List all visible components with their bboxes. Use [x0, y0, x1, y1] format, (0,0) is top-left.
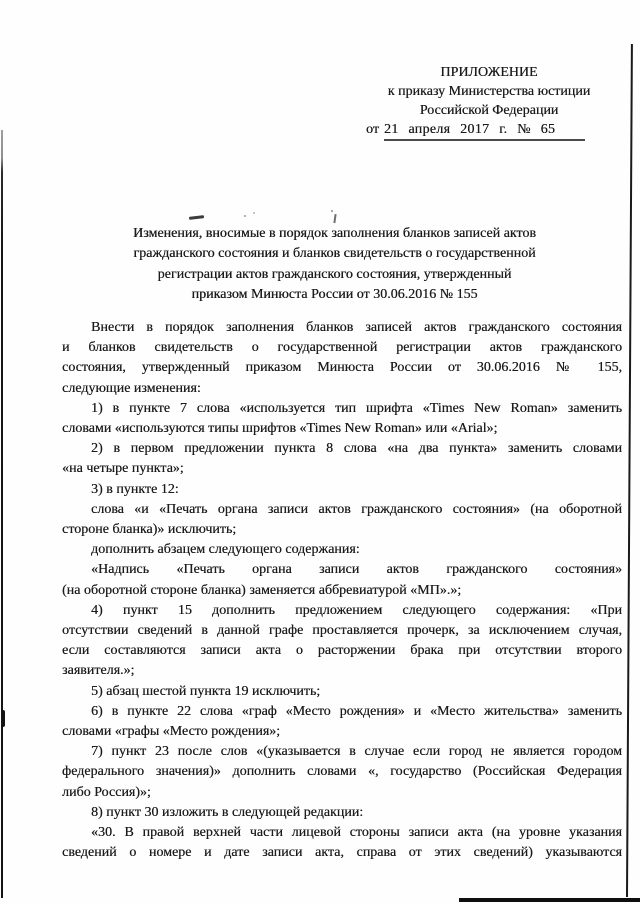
- body-line: состояния, утвержденный приказом Минюста…: [62, 358, 622, 378]
- body-line: 8) пункт 30 изложить в следующей редакци…: [62, 803, 622, 823]
- appendix-header-line3: Российской Федерации: [366, 101, 612, 120]
- body-line: либо Россия)»;: [62, 783, 622, 803]
- body-line: словами «используются типы шрифтов «Time…: [62, 419, 622, 439]
- document-title: Изменения, вносимые в порядок заполнения…: [62, 224, 607, 306]
- body-line: «Надпись «Печать органа записи актов гра…: [62, 560, 622, 580]
- body-line: 3) в пункте 12:: [62, 480, 622, 500]
- body-line: 5) абзац шестой пункта 19 исключить;: [62, 682, 622, 702]
- ink-mark-tick-dot: [331, 210, 333, 212]
- scan-edge-right: [626, 44, 633, 897]
- body-line: словами «графы «Место рождения»;: [62, 722, 622, 742]
- document-title-line: гражданского состояния и бланков свидете…: [62, 244, 607, 264]
- body-line: сведений о номере и дате записи акта, сп…: [62, 843, 622, 863]
- ink-mark-dots: [244, 215, 246, 217]
- body-line: дополнить абзацем следующего содержания:: [62, 540, 622, 560]
- appendix-header-line1: ПРИЛОЖЕНИЕ: [366, 63, 612, 82]
- ink-mark-dash: [189, 215, 204, 219]
- body-line: и бланков свидетельств о государственной…: [62, 338, 622, 358]
- body-line: следующие изменения:: [62, 379, 622, 399]
- body-line: 4) пункт 15 дополнить предложением следу…: [62, 601, 622, 621]
- body-line: отсутствии сведений в данной графе прост…: [62, 621, 622, 641]
- body-line: 7) пункт 23 после слов «(указывается в с…: [62, 742, 622, 762]
- document-title-line: приказом Минюста России от 30.06.2016 № …: [62, 285, 607, 305]
- appendix-date-line: от21 апреля 2017 г. № 65: [366, 120, 612, 141]
- body-line: заявителя.»;: [62, 661, 622, 681]
- scan-edge-left-blob: [1, 710, 5, 727]
- document-title-line: регистрации актов гражданского состояния…: [62, 265, 607, 285]
- scan-edge-bottom: [459, 898, 640, 902]
- body-line: 1) в пункте 7 слова «используется тип шр…: [62, 399, 622, 419]
- document-title-line: Изменения, вносимые в порядок заполнения…: [62, 224, 607, 244]
- body-line: 2) в первом предложении пункта 8 слова «…: [62, 439, 622, 459]
- appendix-date-prefix: от: [366, 122, 379, 137]
- appendix-date-value: 21 апреля 2017 г. № 65: [384, 120, 585, 141]
- body-line: «на четыре пункта»;: [62, 459, 622, 479]
- body-line: «30. В правой верхней части лицевой стор…: [62, 823, 622, 843]
- body-line: если составляются записи акта о расторже…: [62, 641, 622, 661]
- scanned-page: ПРИЛОЖЕНИЕ к приказу Министерства юстици…: [0, 0, 640, 905]
- ink-mark-tick-line: [333, 214, 336, 223]
- scan-edge-left: [1, 130, 3, 898]
- body-line: Внести в порядок заполнения бланков запи…: [62, 318, 622, 338]
- body-line: федерального значения)» дополнить словам…: [62, 762, 622, 782]
- body-line: 6) в пункте 22 слова «граф «Место рожден…: [62, 702, 622, 722]
- document-body: Внести в порядок заполнения бланков запи…: [62, 318, 622, 863]
- body-line: стороне бланка)» исключить;: [62, 520, 622, 540]
- appendix-header-line2: к приказу Министерства юстиции: [366, 82, 612, 101]
- appendix-header: ПРИЛОЖЕНИЕ к приказу Министерства юстици…: [366, 63, 612, 141]
- body-line: (на оборотной стороне бланка) заменяется…: [62, 581, 622, 601]
- body-line: слова «и «Печать органа записи актов гра…: [62, 500, 622, 520]
